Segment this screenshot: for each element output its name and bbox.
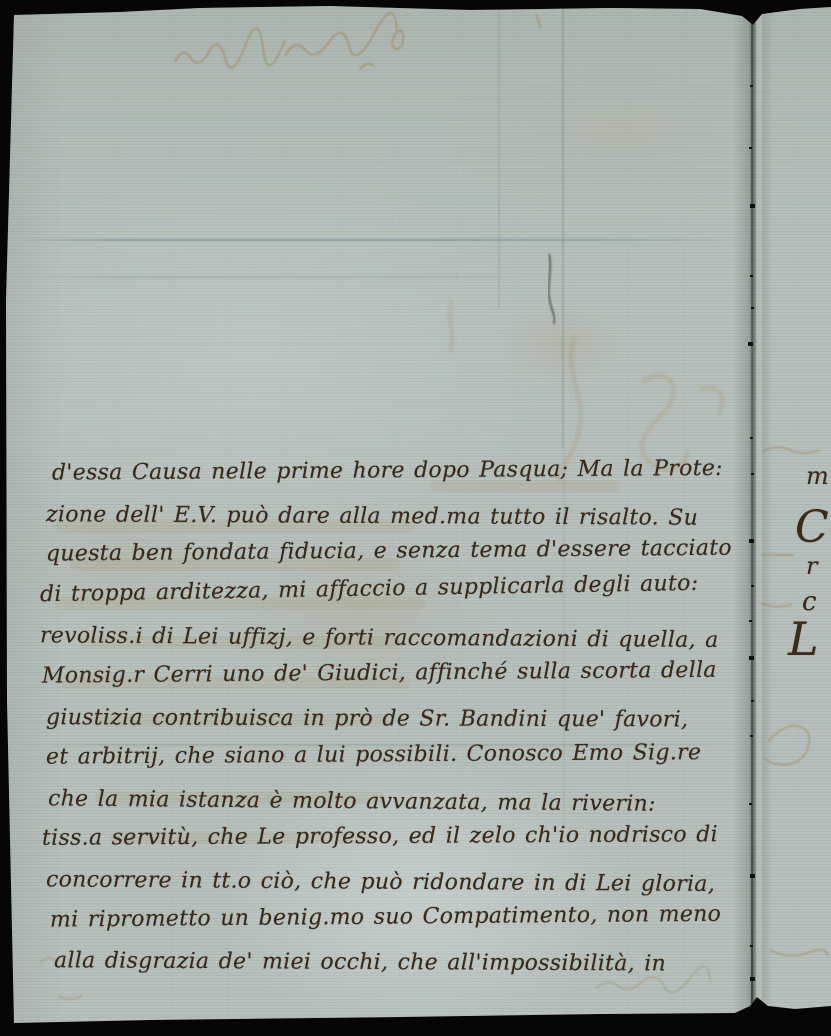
facing-text-fragment: m [806,462,829,490]
horizontal-fold-crease [14,276,534,278]
letter-line: alla disgrazia de' miei occhi, che all'i… [0,941,758,986]
vertical-crease [562,8,564,448]
letter-sheet: d'essa Causa nelle prime hore dopo Pasqu… [0,0,831,1036]
facing-text-fragment: L [788,612,819,666]
letter-line: tiss.a servitù, che Le professo, ed il z… [0,815,758,860]
bleedthrough-address-script [175,13,541,70]
paper-tear-mark [549,254,555,324]
manuscript-scan: d'essa Causa nelle prime hore dopo Pasqu… [0,0,831,1036]
facing-text-fragment: C [795,502,829,553]
letter-text-block: d'essa Causa nelle prime hore dopo Pasqu… [0,454,758,982]
fold-line [751,10,753,1022]
letter-line: et arbitrij, che siano a lui possibili. … [0,733,758,779]
fold-ink-flecks [750,85,753,87]
letter-line: d'essa Causa nelle prime hore dopo Pasqu… [0,449,758,495]
horizontal-fold-crease [14,239,744,241]
letter-line: Monsig.r Cerri uno de' Giudici, affinché… [0,650,758,697]
letter-line: mi riprometto un benig.mo suo Compatimen… [0,894,758,941]
fold-gutter-shadow [733,0,773,1036]
vertical-crease [498,8,500,308]
facing-text-fragment: r [806,552,817,580]
fold-highlight [756,8,762,1022]
